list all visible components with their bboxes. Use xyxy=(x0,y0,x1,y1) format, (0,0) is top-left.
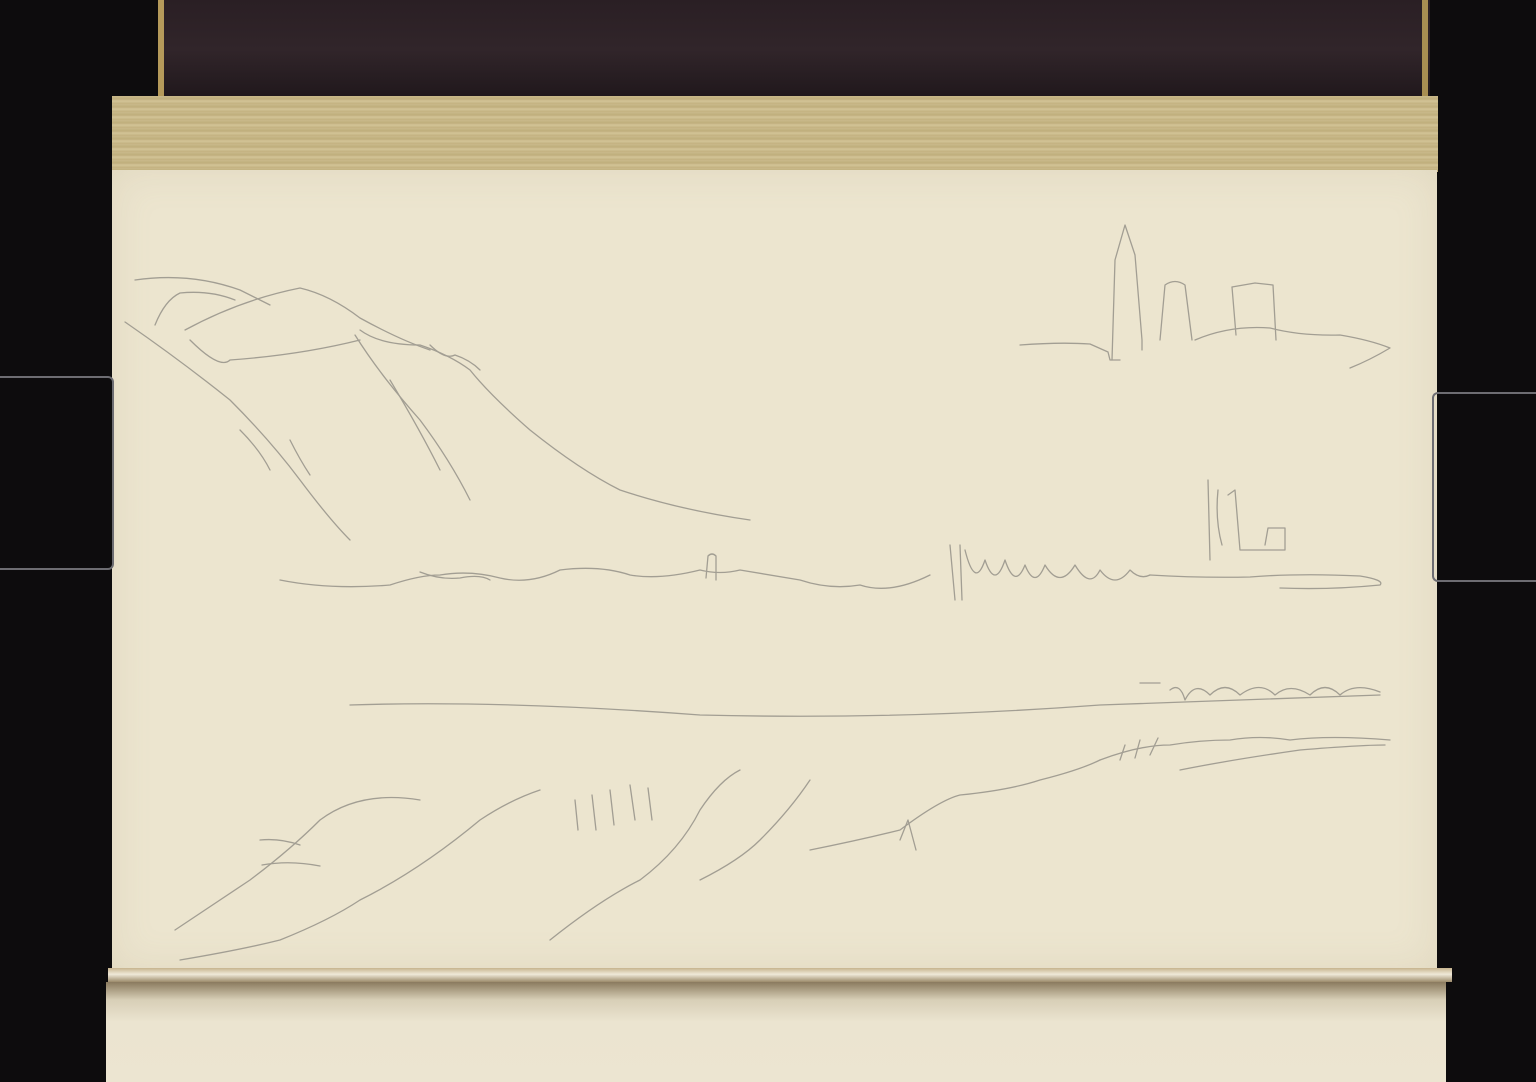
ruined-tower xyxy=(1140,480,1380,700)
church-and-towers-right xyxy=(1020,225,1390,368)
foreground-hills xyxy=(175,695,1390,960)
shoreline-village xyxy=(280,545,1381,600)
mountains-left xyxy=(125,278,750,540)
pencil-sketch xyxy=(0,0,1536,1082)
